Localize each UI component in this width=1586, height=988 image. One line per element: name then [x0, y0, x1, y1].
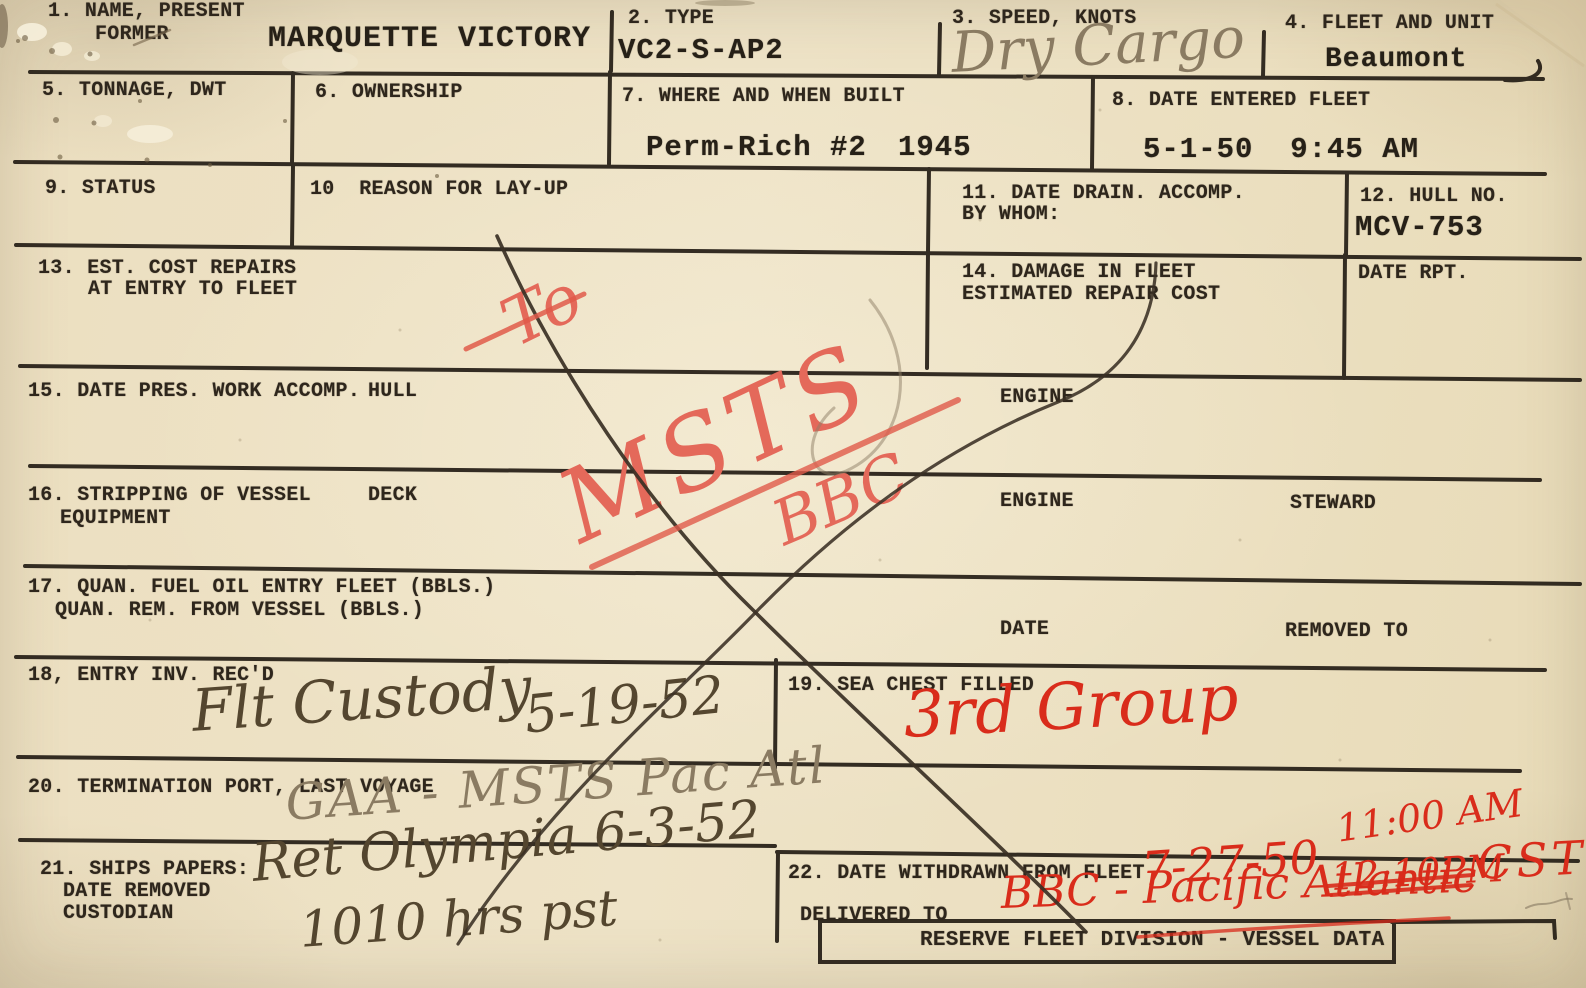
field-14-label: 14. DAMAGE IN FLEET — [962, 262, 1196, 283]
field-22-label-delivered-to: DELIVERED TO — [800, 905, 948, 926]
pencil-tick-edge — [1566, 893, 1570, 909]
field-21-label-line3: CUSTODIAN — [63, 903, 174, 924]
pencil-squiggle-edge — [1526, 899, 1572, 908]
field-15-label: 15. DATE PRES. WORK ACCOMP. — [28, 381, 360, 402]
field-16-label: 16. STRIPPING OF VESSEL — [28, 485, 311, 506]
field-3-handwritten-note: Dry Cargo — [950, 11, 1246, 82]
field-12-value-hull-no: MCV-753 — [1355, 213, 1484, 242]
field-16-col-steward: STEWARD — [1290, 493, 1376, 514]
field-17-label-line2: QUAN. REM. FROM VESSEL (BBLS.) — [55, 600, 424, 621]
field-11-label-by-whom: BY WHOM: — [962, 204, 1060, 225]
field-14-date-rpt-label: DATE RPT. — [1358, 263, 1469, 284]
field-2-value-type: VC2-S-AP2 — [618, 36, 784, 65]
field-7-label: 7. WHERE AND WHEN BUILT — [622, 86, 905, 107]
field-4-value-fleet: Beaumont — [1325, 46, 1467, 74]
field-10-label: 10 REASON FOR LAY-UP — [310, 179, 568, 200]
field-1-value-ship-name: MARQUETTE VICTORY — [268, 24, 591, 54]
field-18-handwritten-date: 5-19-52 — [522, 669, 727, 742]
field-15-col-engine: ENGINE — [1000, 387, 1074, 408]
field-7-value-year: 1945 — [898, 133, 972, 162]
field-21-label-line2: DATE REMOVED — [63, 881, 211, 902]
annotation-transfer-to: To — [492, 264, 592, 358]
field-1-label: 1. NAME, PRESENT — [48, 1, 245, 22]
field-8-value-date-entered: 5-1-50 9:45 AM — [1143, 135, 1419, 164]
field-19-handwritten-group: 3rd Group — [902, 666, 1240, 747]
field-11-label: 11. DATE DRAIN. ACCOMP. — [962, 183, 1245, 204]
field-2-label: 2. TYPE — [628, 8, 714, 29]
field-16-col-engine: ENGINE — [1000, 491, 1074, 512]
field-17-label: 17. QUAN. FUEL OIL ENTRY FLEET (BBLS.) — [28, 577, 495, 598]
field-9-label: 9. STATUS — [45, 178, 156, 199]
field-13-label: 13. EST. COST REPAIRS — [38, 258, 296, 279]
field-22-timezone: CST — [1476, 834, 1586, 886]
field-21-handwritten-hours: 1010 hrs pst — [298, 883, 619, 955]
field-7-value-shipyard: Perm-Rich #2 — [646, 133, 867, 162]
field-6-label: 6. OWNERSHIP — [315, 82, 463, 103]
vessel-data-card: 1. NAME, PRESENT FORMER MARQUETTE VICTOR… — [0, 0, 1586, 988]
field-4-label: 4. FLEET AND UNIT — [1285, 13, 1494, 34]
field-17-col-date: DATE — [1000, 619, 1049, 640]
field-16-col-deck: DECK — [368, 485, 417, 506]
field-14-label-line2: ESTIMATED REPAIR COST — [962, 284, 1220, 305]
field-21-label: 21. SHIPS PAPERS: — [40, 859, 249, 880]
field-8-label: 8. DATE ENTERED FLEET — [1112, 90, 1370, 111]
footer-title: RESERVE FLEET DIVISION - VESSEL DATA — [920, 930, 1384, 952]
field-17-col-removed-to: REMOVED TO — [1285, 621, 1408, 642]
field-13-label-line2: AT ENTRY TO FLEET — [88, 279, 297, 300]
field-5-label: 5. TONNAGE, DWT — [42, 80, 227, 101]
field-16-label-line2: EQUIPMENT — [60, 508, 171, 529]
field-12-label: 12. HULL NO. — [1360, 186, 1508, 207]
field-15-col-hull: HULL — [368, 381, 417, 402]
field-1-label-former: FORMER — [95, 24, 169, 45]
